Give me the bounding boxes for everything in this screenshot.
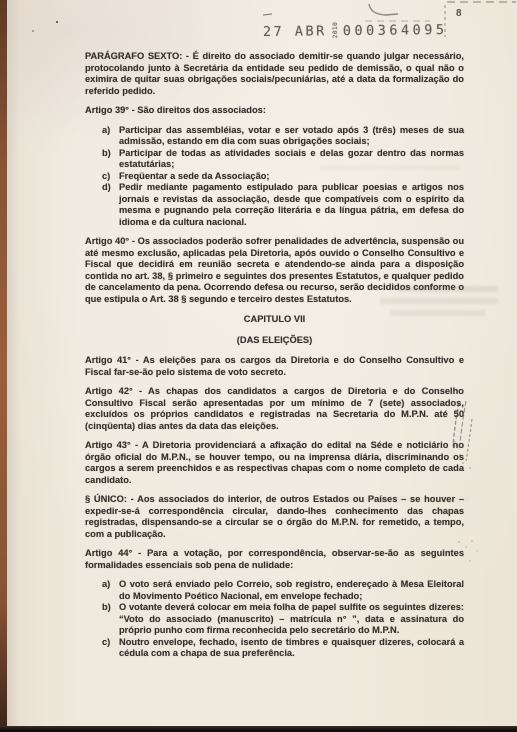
stamp-year: 2010: [332, 25, 339, 38]
artigo-41: Artigo 41° - As eleições para os cargos …: [85, 355, 464, 378]
list-item-text: O voto será enviado pelo Correio, sob re…: [119, 579, 464, 602]
list-item-text: Participar das assembléias, votar e ser …: [119, 125, 464, 148]
list-item-text: Pedir mediante pagamento estipulado para…: [119, 182, 464, 228]
list-item: b) Participar de todas as atividades soc…: [102, 148, 464, 171]
artigo-43: Artigo 43° - A Diretoria providenciará a…: [85, 440, 464, 486]
artigo-44-list: a) O voto será enviado pelo Correio, sob…: [85, 579, 464, 660]
page-number: 8: [456, 8, 462, 19]
artigo-44-intro: Artigo 44° - Para a votação, por corresp…: [85, 548, 464, 571]
capitulo-titulo: CAPITULO VII: [85, 314, 464, 326]
list-item-text: Freqüentar a sede da Associação;: [119, 171, 464, 183]
artigo-39-list: a) Participar das assembléias, votar e s…: [85, 125, 464, 229]
list-item: b) O votante deverá colocar em meia folh…: [102, 602, 464, 637]
list-item-letter: a): [102, 579, 119, 602]
list-item-letter: d): [102, 182, 119, 228]
list-item-text: Noutro envelope, fechado, isento de timb…: [119, 637, 464, 660]
list-item-text: Participar de todas as atividades sociai…: [119, 148, 464, 171]
artigo-40: Artigo 40° - Os associados poderão sofre…: [85, 236, 464, 305]
photo-bottom-edge: [0, 726, 517, 732]
list-item: c) Freqüentar a sede da Associação;: [102, 171, 464, 183]
artigo-39-intro: Artigo 39° - São direitos dos associados…: [85, 105, 464, 117]
list-item: a) O voto será enviado pelo Correio, sob…: [102, 579, 464, 602]
artigo-42: Artigo 42° - As chapas dos candidatos a …: [85, 386, 464, 432]
list-item-letter: c): [102, 171, 119, 183]
stamp-registry-number: 000364095: [343, 22, 448, 39]
list-item-text: O votante deverá colocar em meia folha d…: [119, 602, 464, 637]
paper-sheet: 8 27 ABR 2010 000364095 PARÁGRAFO SEXTO:…: [7, 0, 517, 727]
list-item-letter: b): [102, 602, 119, 637]
date-stamp: 27 ABR 2010 000364095: [263, 22, 448, 40]
list-item: c) Noutro envelope, fechado, isento de t…: [102, 637, 464, 660]
list-item-letter: b): [102, 148, 119, 171]
capitulo-subtitulo: (DAS ELEIÇÕES): [85, 335, 464, 347]
list-item: a) Participar das assembléias, votar e s…: [102, 125, 464, 148]
stamp-date: 27 ABR: [263, 23, 327, 40]
paragrafo-unico: § ÚNICO: - Aos associados do interior, d…: [85, 494, 464, 540]
scanned-page-photo: 8 27 ABR 2010 000364095 PARÁGRAFO SEXTO:…: [0, 0, 517, 732]
list-item-letter: a): [102, 125, 119, 148]
list-item: d) Pedir mediante pagamento estipulado p…: [102, 182, 464, 228]
document-body: PARÁGRAFO SEXTO: - É direito do associad…: [85, 51, 464, 668]
list-item-letter: c): [102, 637, 119, 660]
paragrafo-sexto: PARÁGRAFO SEXTO: - É direito do associad…: [85, 51, 464, 97]
